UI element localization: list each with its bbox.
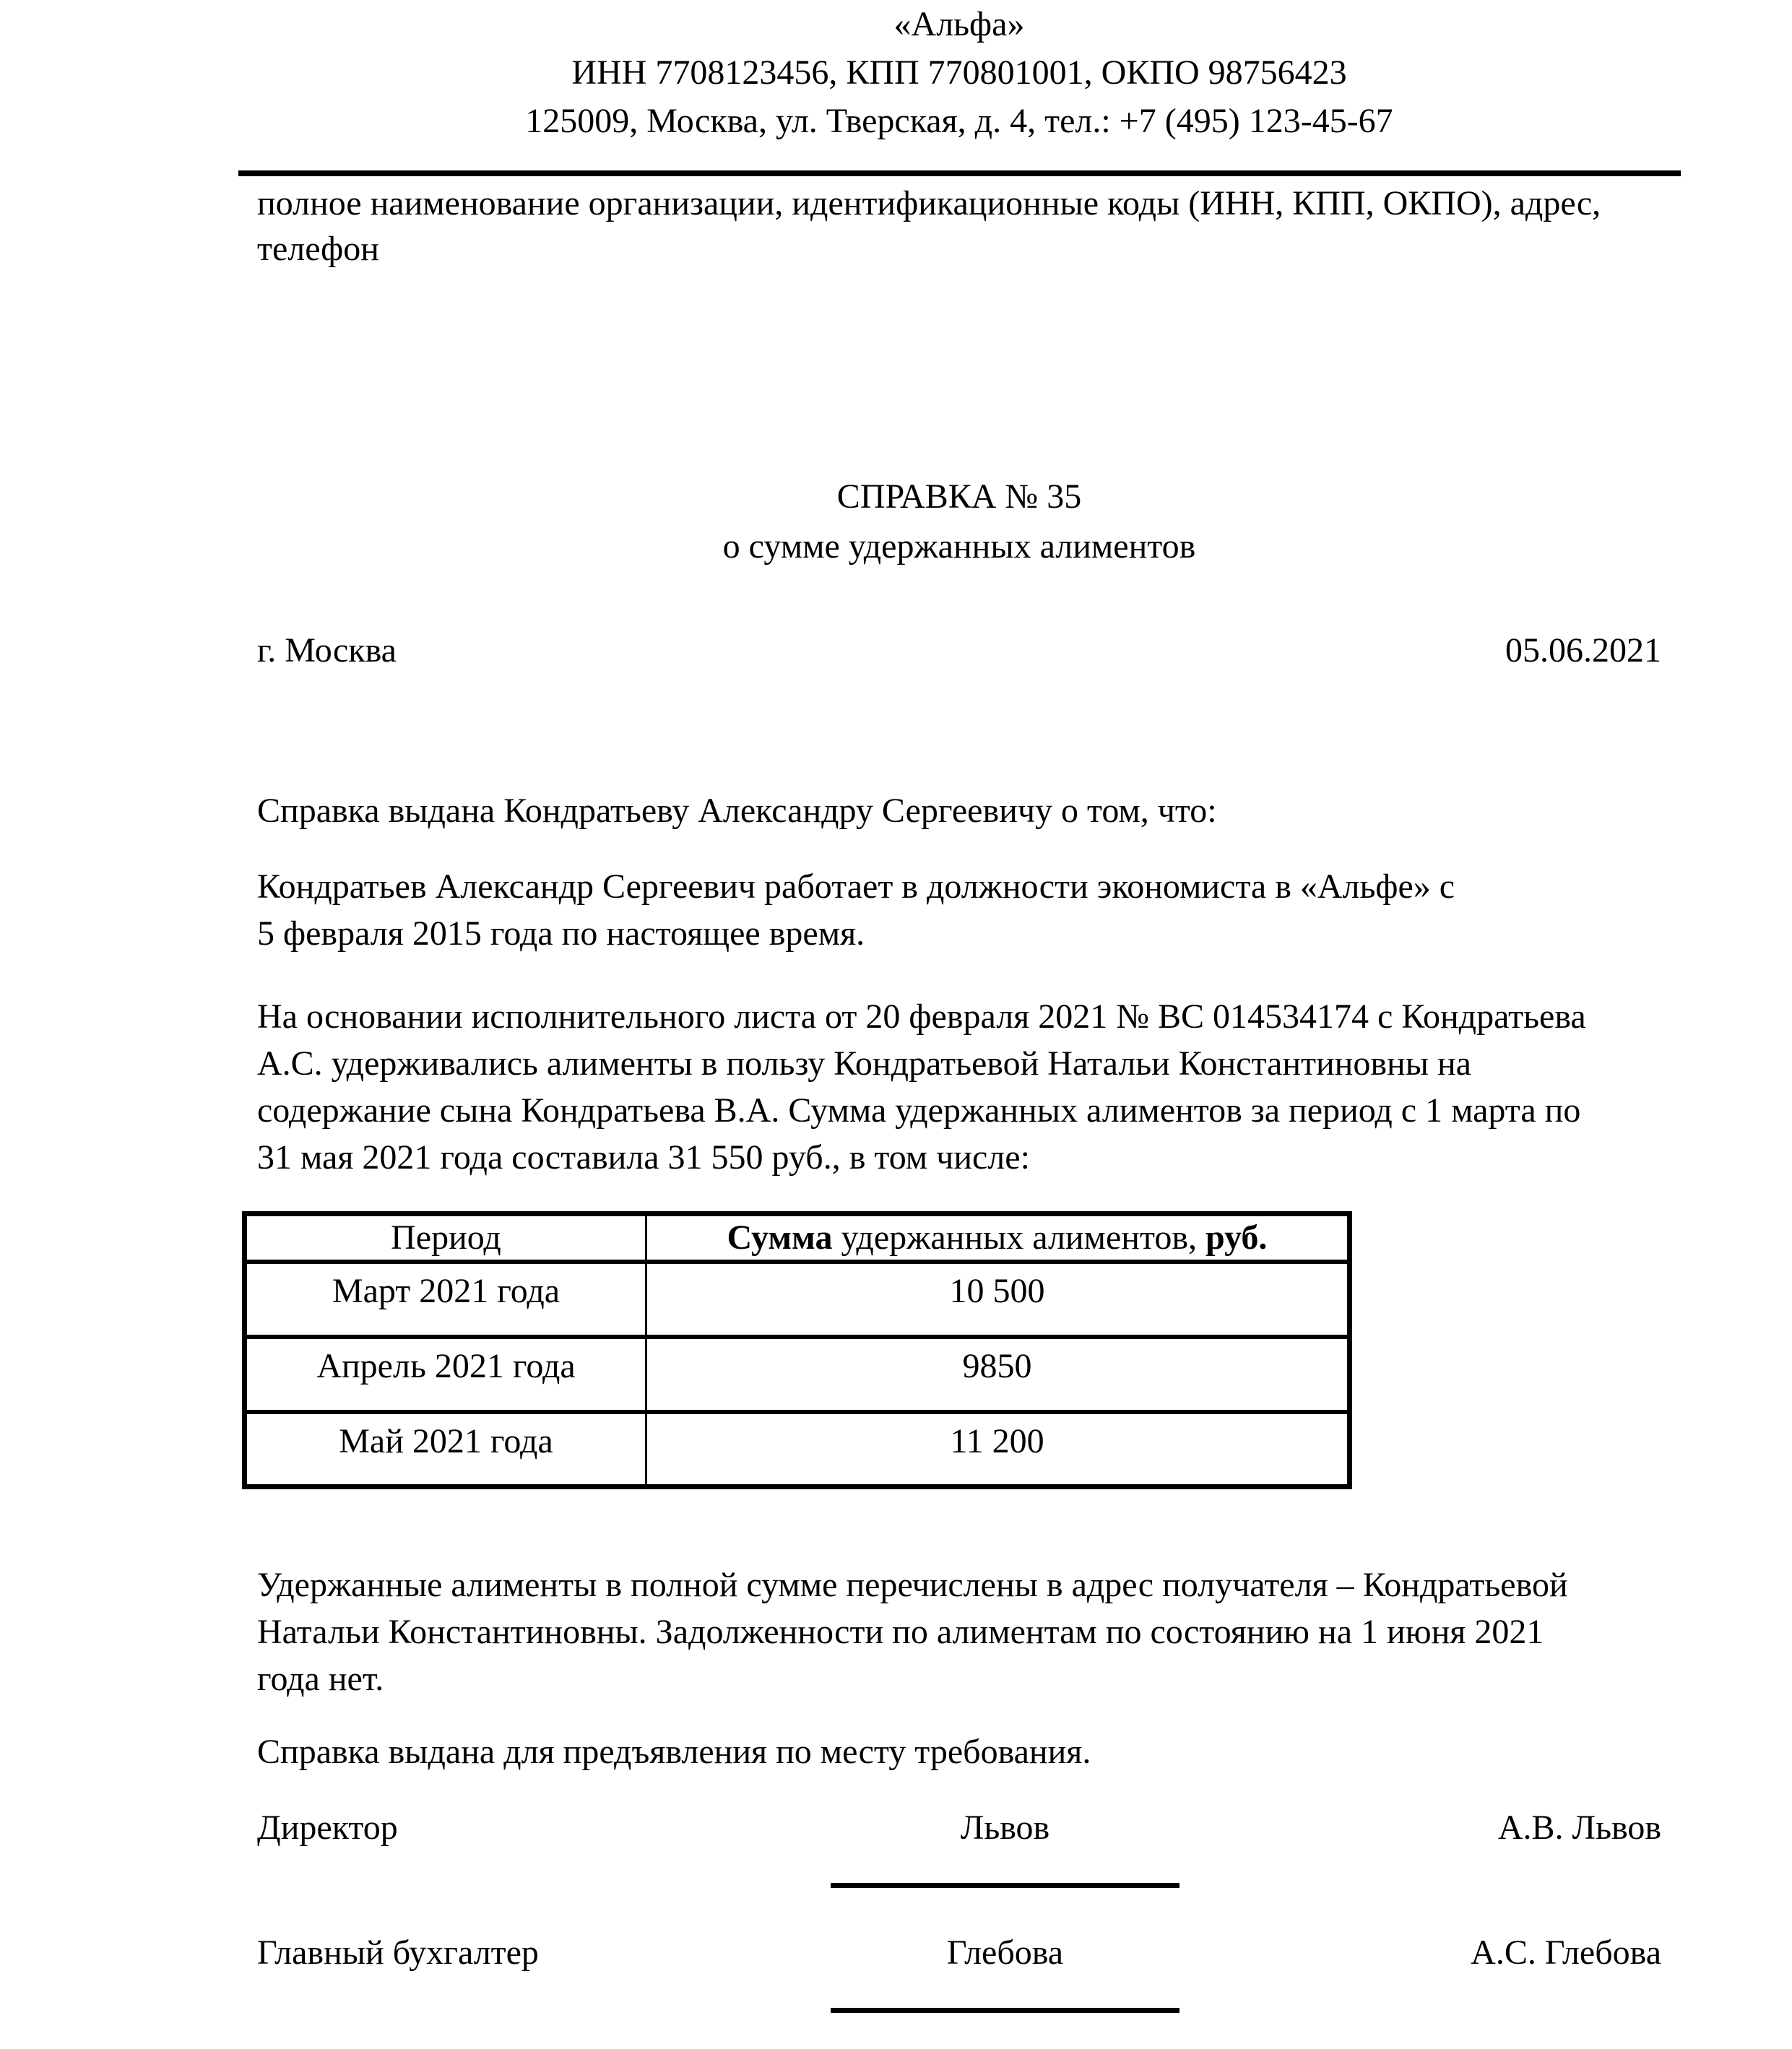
paragraph-issued-to: Справка выдана Кондратьеву Александру Се… bbox=[257, 787, 1661, 834]
org-caption-line-1: полное наименование организации, идентиф… bbox=[257, 181, 1661, 226]
signature-line bbox=[831, 2008, 1179, 2013]
paragraph-transfer-line-1: Удержанные алименты в полной сумме переч… bbox=[257, 1561, 1661, 1608]
amount-header-regular: удержанных алиментов, bbox=[832, 1218, 1197, 1257]
org-caption: полное наименование организации, идентиф… bbox=[257, 181, 1661, 272]
table-row: Март 2021 года 10 500 bbox=[245, 1262, 1350, 1337]
city-label: г. Москва bbox=[257, 627, 397, 674]
doc-title: СПРАВКА № 35 bbox=[257, 472, 1661, 521]
document-page: «Альфа» ИНН 7708123456, КПП 770801001, О… bbox=[0, 0, 1792, 2049]
paragraph-purpose: Справка выдана для предъявления по месту… bbox=[257, 1728, 1661, 1775]
paragraph-transfer-line-2: Натальи Константиновны. Задолженности по… bbox=[257, 1608, 1661, 1655]
signature-row-chief-accountant: Главный бухгалтер Глебова А.С. Глебова bbox=[257, 1929, 1661, 2017]
amount-header-bold-start: Сумма bbox=[727, 1218, 833, 1257]
table-header-row: Период Сумма удержанных алиментов, руб. bbox=[245, 1214, 1350, 1262]
paragraph-transfer-line-3: года нет. bbox=[257, 1655, 1661, 1702]
signature-line bbox=[831, 1883, 1179, 1888]
amount-cell: 10 500 bbox=[646, 1262, 1350, 1337]
org-header: «Альфа» ИНН 7708123456, КПП 770801001, О… bbox=[257, 0, 1661, 145]
paragraph-employment: Кондратьев Александр Сергеевич работает … bbox=[257, 863, 1661, 957]
paragraph-issued-to-line: Справка выдана Кондратьеву Александру Се… bbox=[257, 787, 1661, 834]
period-cell: Апрель 2021 года bbox=[245, 1337, 646, 1412]
table-row: Май 2021 года 11 200 bbox=[245, 1412, 1350, 1487]
signature-handwritten: Глебова bbox=[831, 1929, 1179, 1976]
paragraph-basis-line-1: На основании исполнительного листа от 20… bbox=[257, 993, 1661, 1040]
signature-role: Директор bbox=[257, 1804, 398, 1851]
amount-cell: 9850 bbox=[646, 1337, 1350, 1412]
paragraph-basis-line-4: 31 мая 2021 года составила 31 550 руб., … bbox=[257, 1134, 1661, 1181]
table-row: Апрель 2021 года 9850 bbox=[245, 1337, 1350, 1412]
signature-printed-name: А.С. Глебова bbox=[1471, 1929, 1661, 1976]
period-column-header: Период bbox=[245, 1214, 646, 1262]
signature-role: Главный бухгалтер bbox=[257, 1929, 539, 1976]
org-caption-line-2: телефон bbox=[257, 226, 1661, 272]
paragraph-employment-line-2: 5 февраля 2015 года по настоящее время. bbox=[257, 910, 1661, 957]
signature-printed-name: А.В. Львов bbox=[1498, 1804, 1661, 1851]
date-label: 05.06.2021 bbox=[1505, 627, 1661, 674]
meta-row: г. Москва 05.06.2021 bbox=[257, 627, 1661, 674]
amount-cell: 11 200 bbox=[646, 1412, 1350, 1487]
org-address: 125009, Москва, ул. Тверская, д. 4, тел.… bbox=[257, 97, 1661, 145]
period-cell: Май 2021 года bbox=[245, 1412, 646, 1487]
paragraph-basis-line-3: содержание сына Кондратьева В.А. Сумма у… bbox=[257, 1087, 1661, 1134]
org-name: «Альфа» bbox=[257, 0, 1661, 48]
paragraph-purpose-line: Справка выдана для предъявления по месту… bbox=[257, 1728, 1661, 1775]
paragraph-basis: На основании исполнительного листа от 20… bbox=[257, 993, 1661, 1181]
period-cell: Март 2021 года bbox=[245, 1262, 646, 1337]
doc-subtitle: о сумме удержанных алиментов bbox=[257, 521, 1661, 571]
amount-column-header: Сумма удержанных алиментов, руб. bbox=[646, 1214, 1350, 1262]
doc-title-block: СПРАВКА № 35 о сумме удержанных алименто… bbox=[257, 472, 1661, 571]
signature-row-director: Директор Львов А.В. Львов bbox=[257, 1804, 1661, 1892]
paragraph-transfer-note: Удержанные алименты в полной сумме переч… bbox=[257, 1561, 1661, 1702]
paragraph-basis-line-2: А.С. удерживались алименты в пользу Конд… bbox=[257, 1040, 1661, 1087]
alimony-table: Период Сумма удержанных алиментов, руб. … bbox=[242, 1211, 1352, 1489]
paragraph-employment-line-1: Кондратьев Александр Сергеевич работает … bbox=[257, 863, 1661, 910]
alimony-table-wrap: Период Сумма удержанных алиментов, руб. … bbox=[242, 1211, 1661, 1489]
header-divider-line bbox=[238, 170, 1681, 176]
signature-handwritten: Львов bbox=[831, 1804, 1179, 1851]
document-content: «Альфа» ИНН 7708123456, КПП 770801001, О… bbox=[257, 0, 1661, 2017]
amount-header-bold-end: руб. bbox=[1197, 1218, 1267, 1257]
org-codes: ИНН 7708123456, КПП 770801001, ОКПО 9875… bbox=[257, 48, 1661, 97]
